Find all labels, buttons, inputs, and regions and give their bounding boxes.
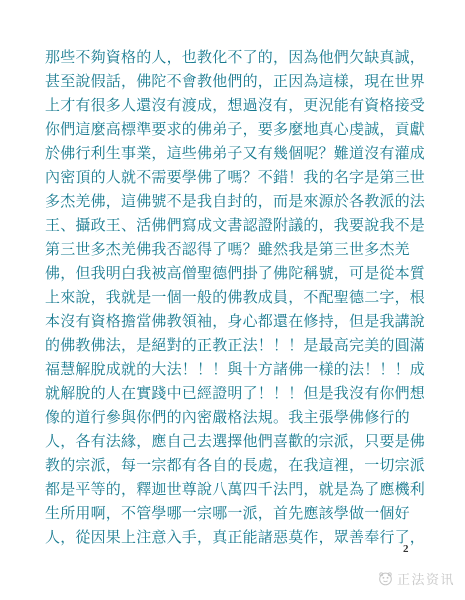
- text-line: 像的道行參與你們的內密嚴格法規。我主張學佛修行的: [45, 406, 425, 430]
- panda-face-logo-icon: [378, 571, 393, 586]
- text-line: 的佛教佛法，是絕對的正教正法！！！是最高完美的圓滿: [45, 334, 425, 358]
- body-text: 那些不夠資格的人，也教化不了的，因為他們欠缺真誠， 甚至說假話，佛陀不會教他們的…: [45, 46, 425, 550]
- text-line: 甚至說假話，佛陀不會教他們的，正因為這樣，現在世界: [45, 70, 425, 94]
- watermark: 正法资讯: [378, 569, 455, 588]
- watermark-label: 正法资讯: [397, 569, 455, 588]
- text-line: 王、攝政王、活佛們寫成文書認證附議的，我要說我不是: [45, 214, 425, 238]
- text-line: 福慧解脫成就的大法！！！與十方諸佛一樣的法！！！成: [45, 358, 425, 382]
- text-line: 人，各有法緣，應自己去選擇他們喜歡的宗派，只要是佛: [45, 430, 425, 454]
- text-line: 佛，但我明白我被高僧聖德們掛了佛陀稱號，可是從本質: [45, 262, 425, 286]
- text-line: 第三世多杰羌佛我否認得了嗎？雖然我是第三世多杰羌: [45, 238, 425, 262]
- text-line: 內密頂的人就不需要學佛了嗎？不錯！我的名字是第三世: [45, 166, 425, 190]
- text-line: 於佛行利生事業，這些佛弟子又有幾個呢？難道沒有灌成: [45, 142, 425, 166]
- text-line: 你們這麼高標準要求的佛弟子，要多麼地真心虔誠，貢獻: [45, 118, 425, 142]
- text-line: 人，從因果上注意入手，真正能諸惡莫作，眾善奉行了，: [45, 526, 425, 550]
- text-line: 多杰羌佛，這佛號不是我自封的，而是來源於各教派的法: [45, 190, 425, 214]
- document-page: { "document": { "lines": [ "那些不夠資格的人，也教化…: [0, 0, 465, 600]
- text-line: 就解脫的人在實踐中已經證明了！！！但是我沒有你們想: [45, 382, 425, 406]
- text-line: 本沒有資格擔當佛教領袖，身心都還在修持，但是我講說: [45, 310, 425, 334]
- text-line: 教的宗派，每一宗都有各自的長處，在我這裡，一切宗派: [45, 454, 425, 478]
- text-line: 上才有很多人還沒有渡成，想過沒有，更況能有資格接受: [45, 94, 425, 118]
- text-line: 上來說，我就是一個一般的佛教成員，不配聖德二字，根: [45, 286, 425, 310]
- text-line: 都是平等的，釋迦世尊說八萬四千法門，就是為了應機利: [45, 478, 425, 502]
- page-number: 2: [403, 543, 409, 555]
- text-line: 那些不夠資格的人，也教化不了的，因為他們欠缺真誠，: [45, 46, 425, 70]
- text-line: 生所用啊，不管學哪一宗哪一派，首先應該學做一個好: [45, 502, 425, 526]
